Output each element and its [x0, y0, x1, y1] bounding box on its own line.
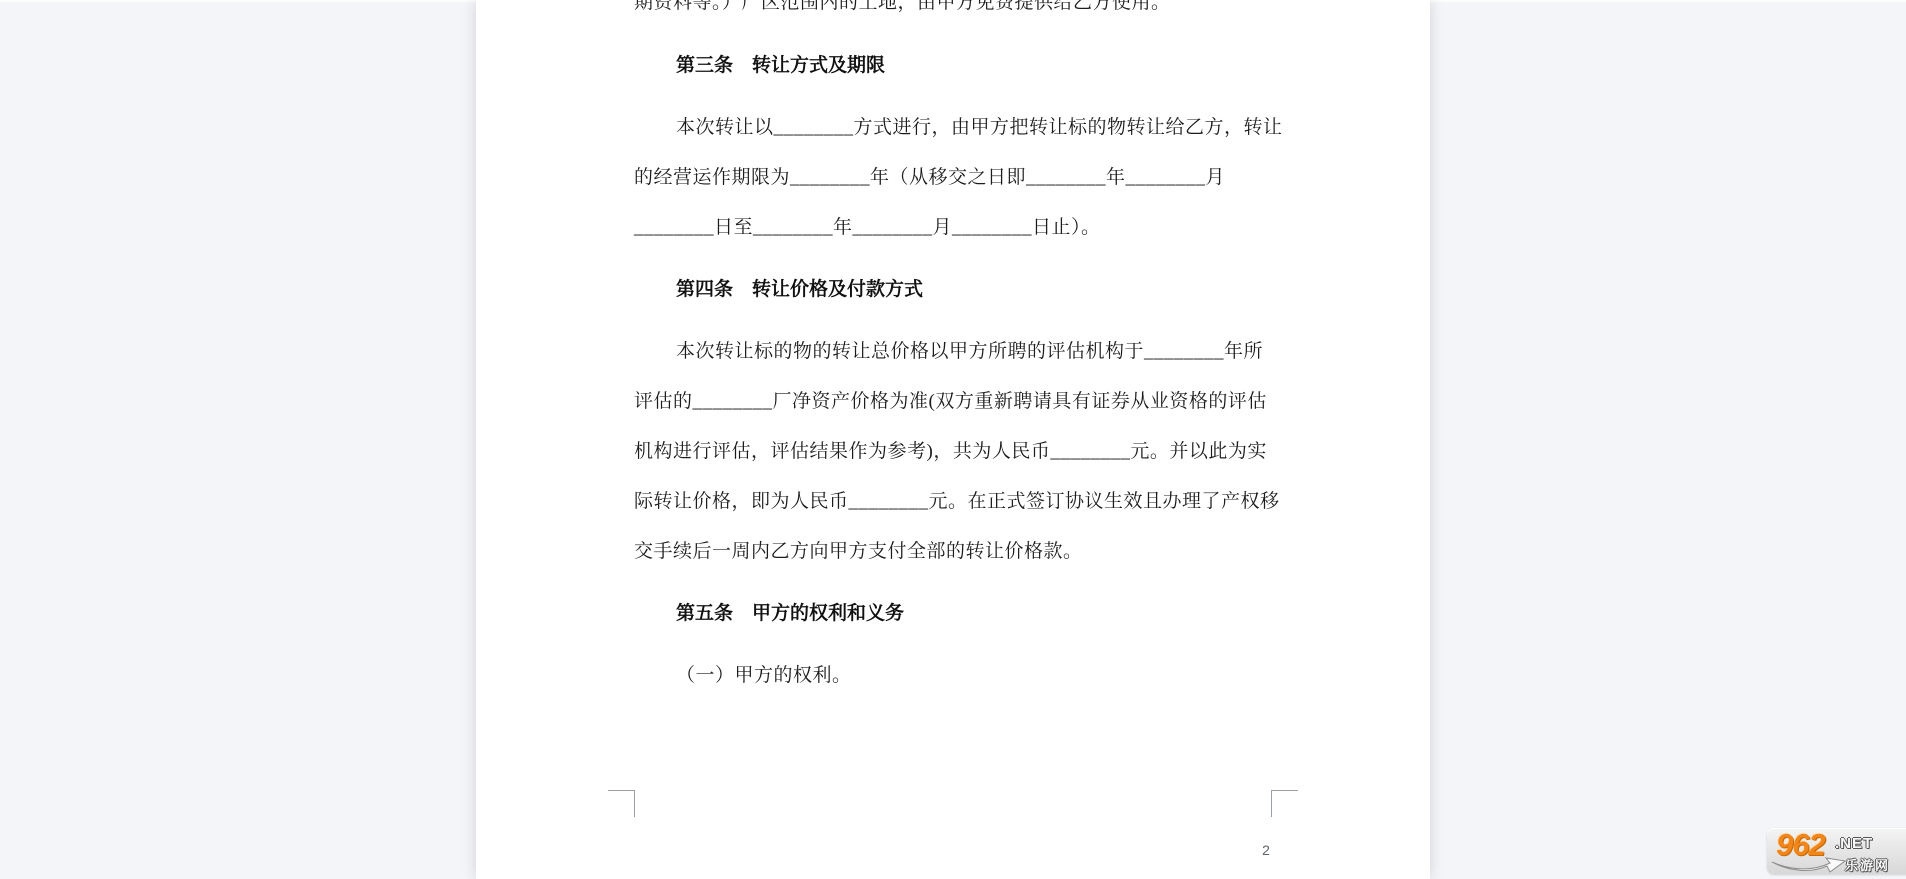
watermark-net-text: .NET: [1835, 835, 1873, 852]
doc-line: 本次转让以________方式进行，由甲方把转让标的物转让给乙方，转让: [476, 115, 1430, 165]
watermark-site-name: 乐游网: [1845, 855, 1890, 874]
margin-corner-mark-left: [608, 790, 635, 817]
document-page: 期资料等。）厂区范围内的土地，由甲方免费提供给乙方使用。 第三条 转让方式及期限…: [476, 0, 1430, 879]
document-viewer-background[interactable]: 期资料等。）厂区范围内的土地，由甲方免费提供给乙方使用。 第三条 转让方式及期限…: [0, 0, 1906, 879]
section-heading-4: 第四条 转让价格及付款方式: [476, 277, 1430, 327]
doc-line: 评估的________厂净资产价格为准(双方重新聘请具有证券从业资格的评估: [476, 389, 1430, 439]
doc-line: 际转让价格，即为人民币________元。在正式签订协议生效且办理了产权移: [476, 489, 1430, 539]
doc-line: （一）甲方的权利。: [476, 663, 1430, 713]
swoosh-arrow-icon: [1770, 854, 1848, 873]
watermark-logo: 962 .NET 乐游网: [1767, 828, 1906, 874]
section-heading-5: 第五条 甲方的权利和义务: [476, 601, 1430, 651]
document-content: 第三条 转让方式及期限 本次转让以________方式进行，由甲方把转让标的物转…: [476, 0, 1430, 713]
doc-line: 交手续后一周内乙方向甲方支付全部的转让价格款。: [476, 539, 1430, 589]
margin-corner-mark-right: [1271, 790, 1298, 817]
doc-line: 的经营运作期限为________年（从移交之日即________年_______…: [476, 165, 1430, 215]
page-number: 2: [1254, 842, 1278, 858]
doc-line: 机构进行评估，评估结果作为参考)，共为人民币________元。并以此为实: [476, 439, 1430, 489]
section-heading-3: 第三条 转让方式及期限: [476, 53, 1430, 103]
doc-line: 本次转让标的物的转让总价格以甲方所聘的评估机构于________年所: [476, 339, 1430, 389]
doc-line: ________日至________年________月________日止）。: [476, 215, 1430, 265]
